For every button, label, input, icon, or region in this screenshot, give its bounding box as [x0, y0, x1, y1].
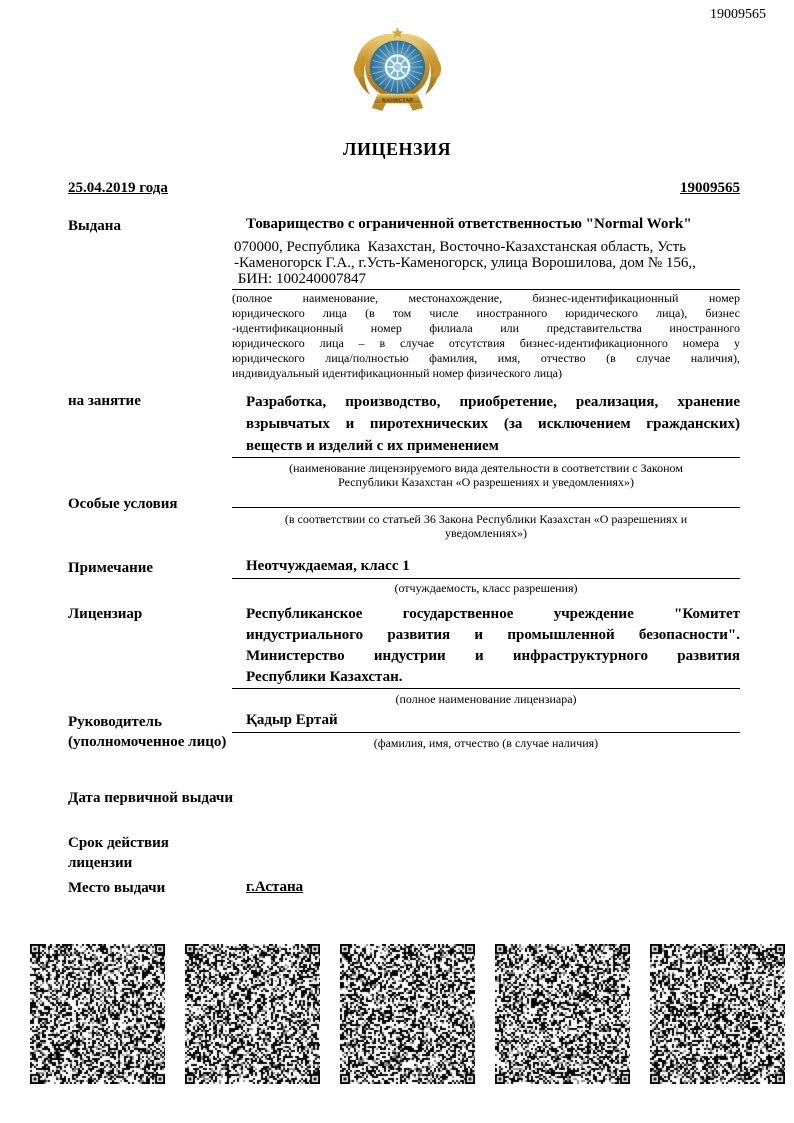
issue-place-row: Место выдачи г.Астана	[68, 878, 740, 896]
special-conditions-row: Особые условия (в соответствии со статье…	[68, 494, 740, 540]
occupation-label: на занятие	[68, 391, 248, 411]
licensor-row: Лицензиар Республиканское государственно…	[68, 604, 740, 706]
special-conditions-note: (в соответствии со статьей 36 Закона Рес…	[232, 508, 740, 540]
leader-note: (фамилия, имя, отчество (в случае наличи…	[232, 733, 740, 750]
page-title: ЛИЦЕНЗИЯ	[0, 139, 794, 160]
leader-row: Руководитель (уполномоченное лицо) Қадыр…	[68, 712, 740, 750]
issued-to-note: (полное наименование, местонахождение, б…	[232, 289, 740, 381]
license-document-page: 19009565	[0, 0, 794, 1123]
occupation-row: на занятие Разработка, производство, при…	[68, 391, 740, 489]
remark-value: Неотчуждаемая, класс 1	[246, 558, 740, 575]
issue-place-value: г.Астана	[246, 879, 303, 896]
issued-to-row: Выдана Товарищество с ограниченной ответ…	[68, 216, 740, 381]
issued-to-label: Выдана	[68, 216, 248, 236]
occupation-note: (наименование лицензируемого вида деятел…	[232, 457, 740, 489]
verification-barcode-strip	[30, 944, 785, 1084]
kazakhstan-emblem-icon: ҚАЗАҚСТАН	[350, 27, 445, 111]
licensor-note: (полное наименование лицензиара)	[232, 688, 740, 706]
issue-place-label: Место выдачи	[68, 878, 248, 898]
date-number-row: 25.04.2019 года 19009565	[68, 180, 740, 197]
verification-barcode-3	[340, 944, 475, 1084]
company-address: 070000, Республика Казахстан, Восточно-К…	[234, 239, 740, 287]
corner-document-number: 19009565	[710, 7, 766, 23]
leader-name: Қадыр Ертай	[246, 712, 740, 729]
remark-note: (отчуждаемость, класс разрешения)	[232, 579, 740, 595]
remark-row: Примечание Неотчуждаемая, класс 1 (отчуж…	[68, 558, 740, 595]
licensor-value: Республиканское государственное учрежден…	[246, 604, 740, 688]
verification-barcode-1	[30, 944, 165, 1084]
special-conditions-blank-line	[232, 494, 740, 508]
license-number: 19009565	[680, 180, 740, 197]
occupation-value: Разработка, производство, приобретение, …	[246, 391, 740, 457]
validity-label: Срок действия лицензии	[68, 833, 248, 873]
verification-barcode-5	[650, 944, 785, 1084]
company-name: Товарищество с ограниченной ответственно…	[246, 216, 740, 233]
licensor-label: Лицензиар	[68, 604, 248, 624]
first-issue-date-label: Дата первичной выдачи	[68, 788, 308, 808]
leader-label: Руководитель (уполномоченное лицо)	[68, 712, 248, 752]
verification-barcode-4	[495, 944, 630, 1084]
remark-label: Примечание	[68, 558, 248, 578]
special-conditions-label: Особые условия	[68, 494, 248, 514]
issue-date: 25.04.2019 года	[68, 180, 168, 197]
emblem-banner-text: ҚАЗАҚСТАН	[382, 98, 413, 103]
verification-barcode-2	[185, 944, 320, 1084]
